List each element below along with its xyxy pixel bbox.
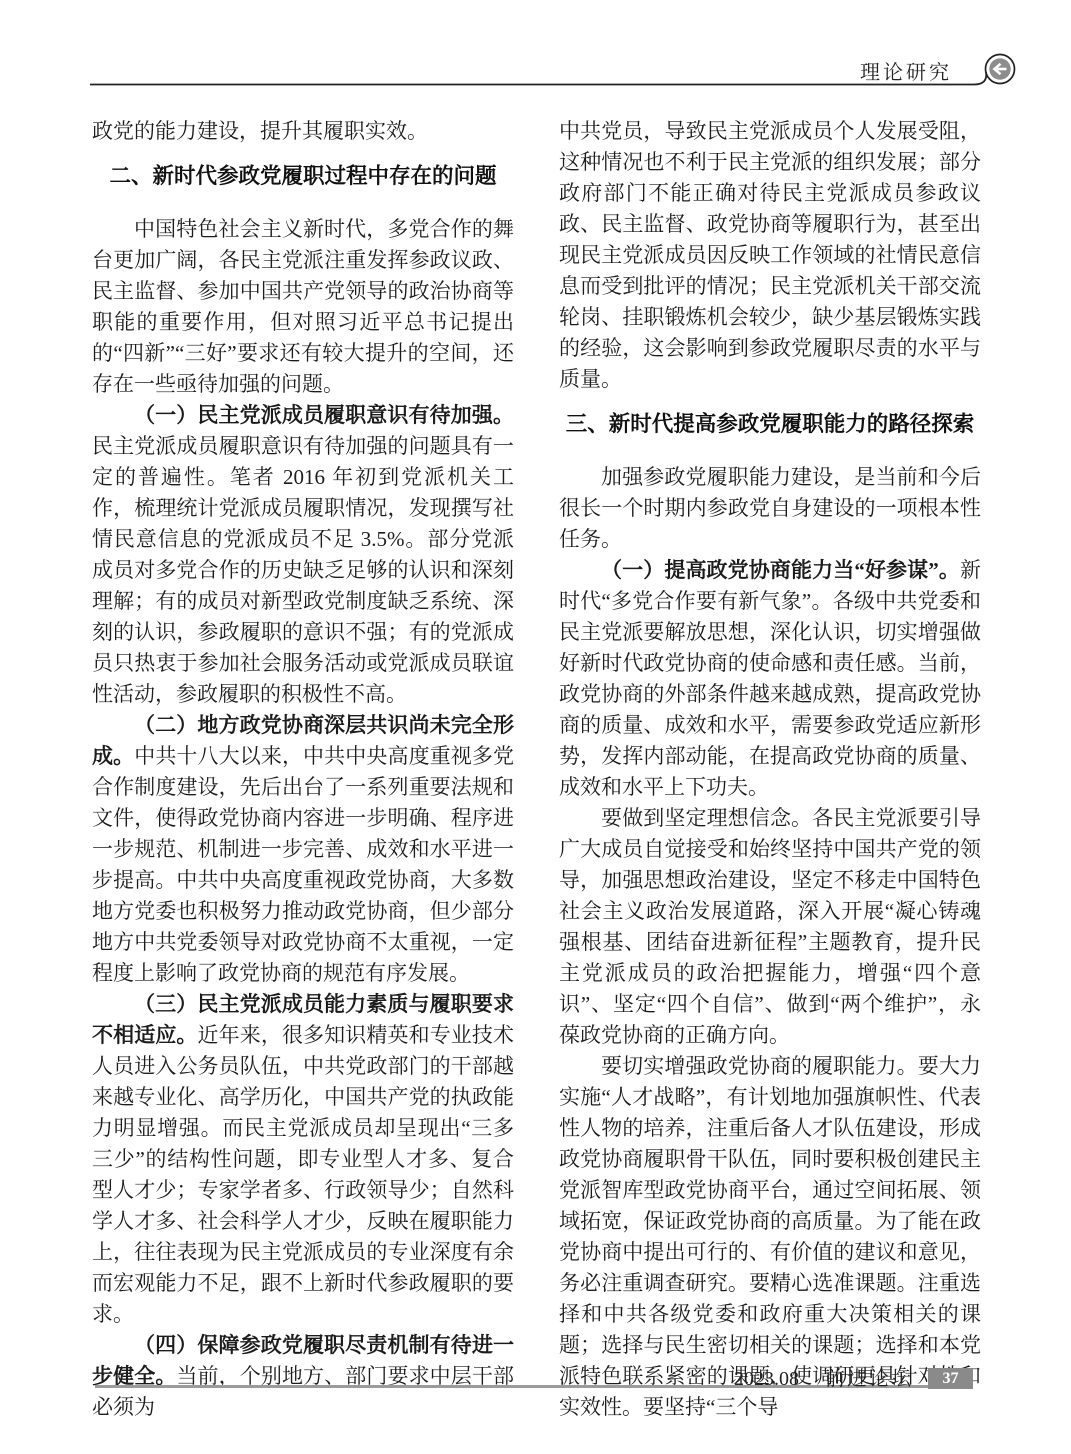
paragraph: （一）民主党派成员履职意识有待加强。民主党派成员履职意识有待加强的问题具有一定的… bbox=[92, 400, 514, 710]
section-heading: 三、新时代提高参政党履职能力的路径探索 bbox=[559, 409, 981, 440]
paragraph-text: 民主党派成员履职意识有待加强的问题具有一定的普遍性。笔者 2016 年初到党派机… bbox=[92, 434, 514, 706]
footer-issue-date: 2023.08 bbox=[734, 1368, 799, 1391]
header-section-label: 理论研究 bbox=[860, 56, 952, 85]
paragraph: 政党的能力建设，提升其履职实效。 bbox=[92, 116, 514, 147]
paragraph: （一）提高政党协商能力当“好参谋”。新时代“多党合作要有新气象”。各级中共党委和… bbox=[559, 555, 981, 803]
paragraph: 中国特色社会主义新时代，多党合作的舞台更加广阔，各民主党派注重发挥参政议政、民主… bbox=[92, 214, 514, 400]
column-left: 政党的能力建设，提升其履职实效。 二、新时代参政党履职过程中存在的问题 中国特色… bbox=[92, 116, 514, 1423]
paragraph: （四）保障参政党履职尽责机制有待进一步健全。当前，个别地方、部门要求中层干部必须… bbox=[92, 1330, 514, 1423]
paragraph-lead: （一）提高政党协商能力当“好参谋”。 bbox=[601, 558, 960, 582]
paragraph-text: 新时代“多党合作要有新气象”。各级中共党委和民主党派要解放思想，深化认识，切实增… bbox=[559, 558, 981, 799]
paragraph: 中共党员，导致民主党派成员个人发展受阻，这种情况也不利于民主党派的组织发展；部分… bbox=[559, 116, 981, 395]
footer-page-number-badge: 37 bbox=[928, 1368, 973, 1389]
journal-page: 理论研究 政党的能力建设，提升其履职实效。 二、新时代参政党履职过程中存在的问题… bbox=[0, 0, 1071, 1454]
footer-meta: 2023.08 前进论坛 bbox=[734, 1362, 913, 1391]
paragraph: 加强参政党履职能力建设，是当前和今后很长一个时期内参政党自身建设的一项根本性任务… bbox=[559, 462, 981, 555]
paragraph-lead: （一）民主党派成员履职意识有待加强。 bbox=[134, 403, 514, 427]
footer-journal-name: 前进论坛 bbox=[825, 1362, 913, 1391]
header-rule bbox=[0, 0, 1071, 110]
paragraph: 要做到坚定理想信念。各民主党派要引导广大成员自觉接受和始终坚持中国共产党的领导，… bbox=[559, 803, 981, 1051]
section-heading: 二、新时代参政党履职过程中存在的问题 bbox=[92, 161, 514, 192]
paragraph-text: 中共十八大以来，中共中央高度重视多党合作制度建设，先后出台了一系列重要法规和文件… bbox=[92, 744, 514, 985]
column-right: 中共党员，导致民主党派成员个人发展受阻，这种情况也不利于民主党派的组织发展；部分… bbox=[559, 116, 981, 1423]
paragraph: （三）民主党派成员能力素质与履职要求不相适应。近年来，很多知识精英和专业技术人员… bbox=[92, 989, 514, 1330]
paragraph-text: 近年来，很多知识精英和专业技术人员进入公务员队伍，中共党政部门的干部越来越专业化… bbox=[92, 1023, 514, 1326]
paragraph: （二）地方政党协商深层共识尚未完全形成。中共十八大以来，中共中央高度重视多党合作… bbox=[92, 710, 514, 989]
